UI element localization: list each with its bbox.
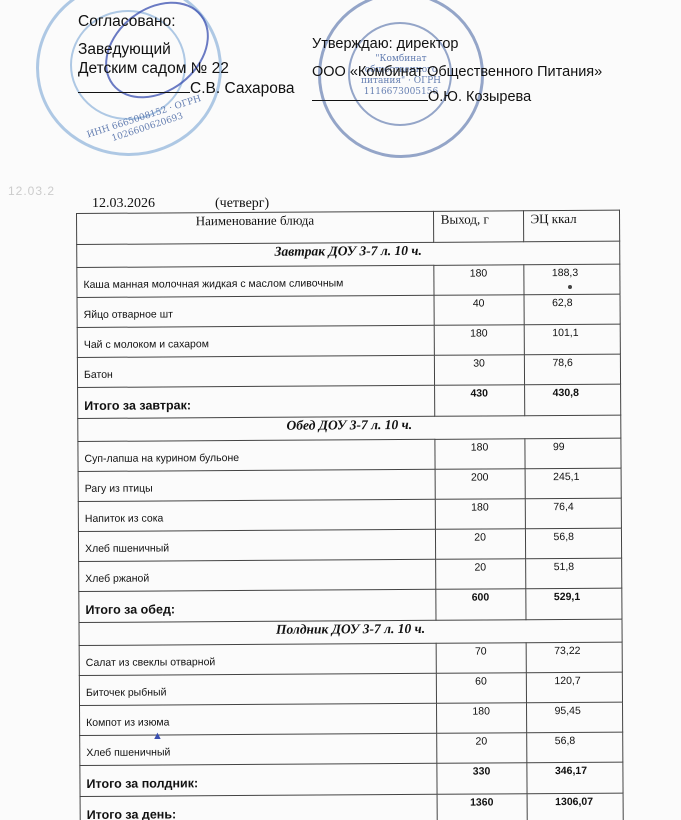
column-header-kcal: ЭЦ ккал bbox=[523, 210, 620, 242]
column-header-yield: Выход, г bbox=[433, 211, 523, 243]
dish-yield: 20 bbox=[435, 559, 525, 590]
dish-yield: 70 bbox=[436, 643, 526, 674]
approve-label: Утверждаю: директор bbox=[312, 35, 602, 54]
section-total-row: Итого за завтрак:430430,8 bbox=[78, 384, 621, 418]
section-title: Завтрак ДОУ 3-7 л. 10 ч. bbox=[77, 241, 620, 267]
faint-side-text: 12.03.2 bbox=[8, 184, 55, 198]
table-row: Хлеб пшеничный2056,8 bbox=[78, 528, 621, 561]
date-line: 12.03.2026(четверг) bbox=[92, 196, 329, 212]
dish-kcal: 56,8 bbox=[526, 732, 623, 763]
total-yield: 600 bbox=[436, 589, 526, 621]
dish-name: Рагу из птицы bbox=[78, 469, 435, 501]
dish-yield: 180 bbox=[434, 325, 524, 356]
blue-pen-mark: ▲ bbox=[152, 730, 163, 742]
dish-kcal: 73,22 bbox=[526, 642, 623, 673]
table-row: Чай с молоком и сахаром180101,1 bbox=[77, 324, 620, 357]
total-label: Итого за полдник: bbox=[80, 763, 437, 796]
total-kcal: 529,1 bbox=[525, 588, 622, 620]
approval-block-right: Утверждаю: директор ООО «Комбинат Общест… bbox=[312, 35, 602, 107]
total-label: Итого за завтрак: bbox=[78, 385, 435, 418]
dish-kcal: 188,3 bbox=[523, 264, 620, 295]
signature-line bbox=[312, 86, 428, 101]
section-title: Полдник ДОУ 3-7 л. 10 ч. bbox=[79, 619, 622, 645]
dish-yield: 180 bbox=[434, 265, 524, 296]
dish-kcal: 56,8 bbox=[525, 528, 622, 559]
table-row: Суп-лапша на курином бульоне18099 bbox=[78, 438, 621, 471]
dish-name: Хлеб ржаной bbox=[79, 559, 436, 591]
table-row: Салат из свеклы отварной7073,22 bbox=[79, 642, 622, 675]
dish-yield: 20 bbox=[436, 733, 526, 764]
dish-yield: 40 bbox=[434, 295, 524, 326]
total-yield: 430 bbox=[434, 385, 524, 417]
section-title: Обед ДОУ 3-7 л. 10 ч. bbox=[78, 415, 621, 441]
day-total-kcal: 1306,07 bbox=[527, 793, 624, 820]
dish-name: Хлеб пшеничный bbox=[78, 529, 435, 561]
total-kcal: 346,17 bbox=[526, 762, 623, 794]
position-label: Заведующий bbox=[78, 40, 295, 59]
stray-dot bbox=[568, 285, 572, 289]
section-total-row: Итого за полдник:330346,17 bbox=[80, 762, 623, 796]
dish-name: Чай с молоком и сахаром bbox=[77, 325, 434, 357]
dish-yield: 20 bbox=[435, 529, 525, 560]
dish-name: Биточек рыбный bbox=[79, 673, 436, 705]
day-total-yield: 1360 bbox=[437, 794, 527, 820]
dish-yield: 200 bbox=[435, 469, 525, 500]
table-row: Биточек рыбный60120,7 bbox=[79, 672, 622, 705]
signatory-name: С.В. Сахарова bbox=[190, 80, 295, 97]
day-total-label: Итого за день: bbox=[80, 794, 437, 820]
dish-name: Суп-лапша на курином бульоне bbox=[78, 439, 435, 471]
dish-yield: 180 bbox=[436, 703, 526, 734]
dish-kcal: 62,8 bbox=[524, 294, 621, 325]
table-row: Каша манная молочная жидкая с маслом сли… bbox=[77, 264, 620, 297]
weekday: (четверг) bbox=[215, 196, 269, 211]
dish-name: Каша манная молочная жидкая с маслом сли… bbox=[77, 265, 434, 297]
dish-yield: 60 bbox=[436, 673, 526, 704]
day-total-row: Итого за день:13601306,07 bbox=[80, 793, 623, 820]
section-header-row: Полдник ДОУ 3-7 л. 10 ч. bbox=[79, 619, 622, 645]
total-kcal: 430,8 bbox=[524, 384, 621, 416]
total-yield: 330 bbox=[437, 763, 527, 795]
table-row: Напиток из сока18076,4 bbox=[78, 498, 621, 531]
dish-name: Хлеб пшеничный bbox=[80, 733, 437, 765]
dish-yield: 180 bbox=[435, 439, 525, 470]
menu-table: Наименование блюда Выход, г ЭЦ ккал Завт… bbox=[76, 210, 624, 820]
organization-label: ООО «Комбинат Общественного Питания» bbox=[312, 63, 602, 82]
section-header-row: Обед ДОУ 3-7 л. 10 ч. bbox=[78, 415, 621, 441]
total-label: Итого за обед: bbox=[79, 589, 436, 622]
dish-kcal: 99 bbox=[524, 438, 621, 469]
section-total-row: Итого за обед:600529,1 bbox=[79, 588, 622, 622]
dish-kcal: 51,8 bbox=[525, 558, 622, 589]
approval-block-left: Согласовано: Заведующий Детским садом № … bbox=[78, 12, 295, 98]
dish-kcal: 120,7 bbox=[526, 672, 623, 703]
menu-date: 12.03.2026 bbox=[92, 196, 155, 211]
dish-name: Напиток из сока bbox=[78, 499, 435, 531]
dish-name: Батон bbox=[77, 355, 434, 387]
dish-yield: 180 bbox=[435, 499, 525, 530]
dish-yield: 30 bbox=[434, 355, 524, 386]
dish-kcal: 245,1 bbox=[525, 468, 622, 499]
dish-name: Салат из свеклы отварной bbox=[79, 643, 436, 675]
approved-label: Согласовано: bbox=[78, 12, 295, 31]
organization-label: Детским садом № 22 bbox=[78, 59, 295, 78]
dish-kcal: 101,1 bbox=[524, 324, 621, 355]
table-row: Батон3078,6 bbox=[77, 354, 620, 387]
dish-kcal: 76,4 bbox=[525, 498, 622, 529]
signature-line bbox=[78, 78, 190, 93]
signatory-name: О.Ю. Козырева bbox=[428, 89, 531, 105]
section-header-row: Завтрак ДОУ 3-7 л. 10 ч. bbox=[77, 241, 620, 267]
column-header-dish: Наименование блюда bbox=[77, 211, 434, 244]
table-row: Рагу из птицы200245,1 bbox=[78, 468, 621, 501]
dish-kcal: 95,45 bbox=[526, 702, 623, 733]
dish-kcal: 78,6 bbox=[524, 354, 621, 385]
table-row: Яйцо отварное шт4062,8 bbox=[77, 294, 620, 327]
table-header-row: Наименование блюда Выход, г ЭЦ ккал bbox=[77, 210, 620, 244]
table-row: Хлеб ржаной2051,8 bbox=[79, 558, 622, 591]
dish-name: Компот из изюма bbox=[80, 703, 437, 735]
dish-name: Яйцо отварное шт bbox=[77, 295, 434, 327]
